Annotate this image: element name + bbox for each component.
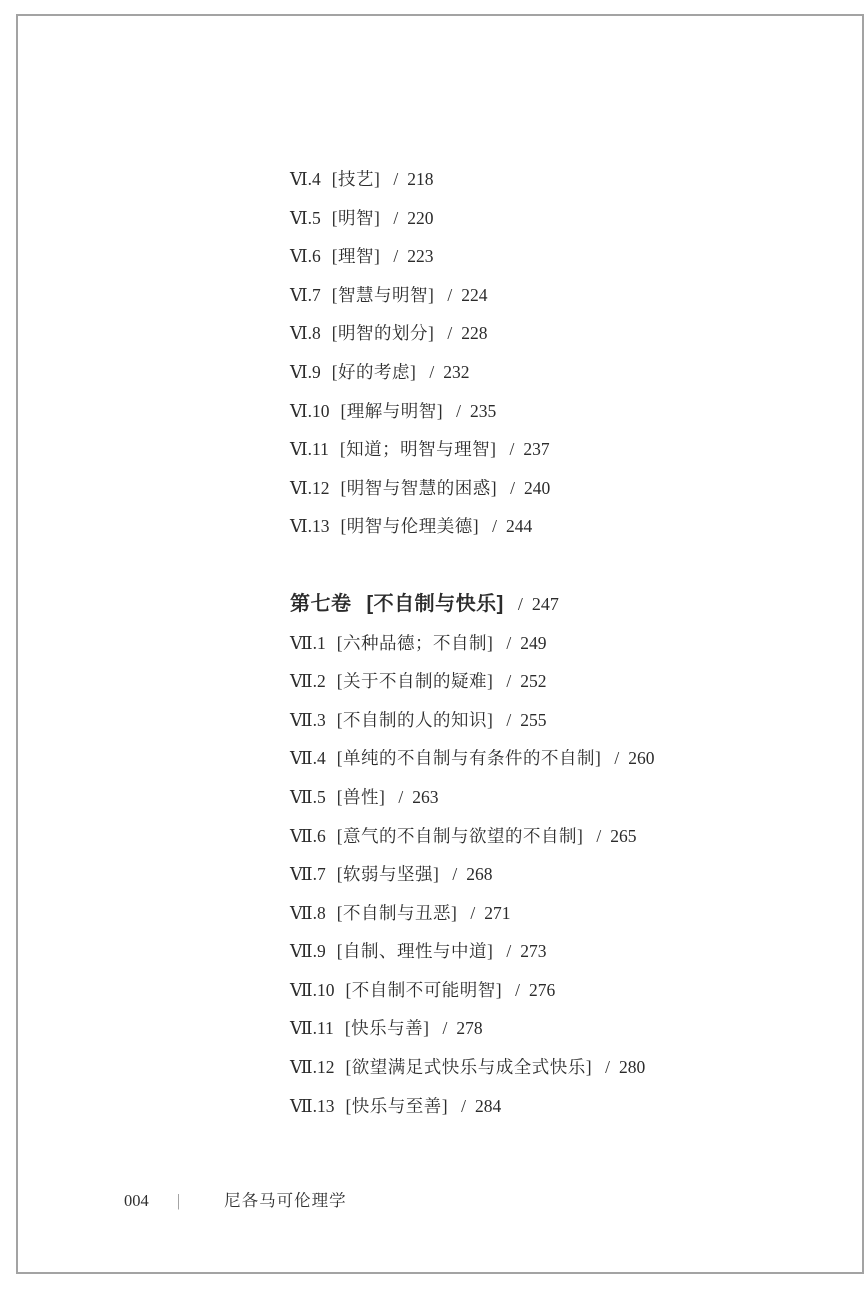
toc-entry-slash: / xyxy=(447,285,452,305)
toc-entry-number: Ⅵ.9 xyxy=(290,362,321,382)
toc-entry-number: Ⅵ.12 xyxy=(290,478,329,498)
toc-entry-title: [明智与智慧的困惑] xyxy=(340,478,497,498)
toc-entry-title: [好的考虑] xyxy=(332,362,417,382)
toc-entry: Ⅵ.7[智慧与明智]/224 xyxy=(290,276,655,315)
toc-entry-slash: / xyxy=(452,864,457,884)
toc-entry-title: [快乐与善] xyxy=(345,1018,430,1038)
toc-entry-page: 260 xyxy=(628,748,654,768)
toc-entry-page: 249 xyxy=(520,633,546,653)
toc-entry-page: 252 xyxy=(520,671,546,691)
toc-entry-title: [关于不自制的疑难] xyxy=(337,671,494,691)
toc-entry: Ⅶ.9[自制、理性与中道]/273 xyxy=(290,932,655,971)
toc-entry-title: [单纯的不自制与有条件的不自制] xyxy=(337,748,602,768)
toc-entry-number: Ⅵ.8 xyxy=(290,323,321,343)
toc-entry-title: [明智的划分] xyxy=(332,323,435,343)
toc-entry-slash: / xyxy=(470,903,475,923)
toc-entry-slash: / xyxy=(398,787,403,807)
toc-entry-title: [理解与明智] xyxy=(340,401,443,421)
toc-entry-title: [兽性] xyxy=(337,787,386,807)
toc-entry-number: Ⅶ.13 xyxy=(290,1096,334,1116)
toc-entry: Ⅵ.11[知道；明智与理智]/237 xyxy=(290,430,655,469)
toc-entry-title: [六种品德；不自制] xyxy=(337,633,494,653)
toc-entry-page: 276 xyxy=(529,980,555,1000)
toc-entry-title: [不自制与丑恶] xyxy=(337,903,458,923)
toc-entry-number: Ⅶ.6 xyxy=(290,826,326,846)
toc-entry-page: 235 xyxy=(470,401,496,421)
toc-entry-slash: / xyxy=(429,362,434,382)
volume-heading: 第七卷[不自制与快乐]/247 xyxy=(290,585,655,624)
toc-entry-title: [明智与伦理美德] xyxy=(340,516,479,536)
toc-entry-slash: / xyxy=(461,1096,466,1116)
toc-entry-page: 237 xyxy=(523,439,549,459)
toc-entry: Ⅶ.8[不自制与丑恶]/271 xyxy=(290,894,655,933)
folio-page-number: 004 xyxy=(124,1191,149,1210)
toc-entry-page: 255 xyxy=(520,710,546,730)
toc-entry: Ⅶ.1[六种品德；不自制]/249 xyxy=(290,624,655,663)
toc-entry-title: [技艺] xyxy=(332,169,381,189)
toc-entry-page: 224 xyxy=(461,285,487,305)
toc-entry-title: [智慧与明智] xyxy=(332,285,435,305)
toc-entry: Ⅶ.13[快乐与至善]/284 xyxy=(290,1087,655,1126)
toc-entry-slash: / xyxy=(506,633,511,653)
toc-entry: Ⅶ.12[欲望满足式快乐与成全式快乐]/280 xyxy=(290,1048,655,1087)
toc-entry-page: 223 xyxy=(407,246,433,266)
toc-entry-slash: / xyxy=(393,208,398,228)
toc-entry-number: Ⅵ.6 xyxy=(290,246,321,266)
toc-entry-number: Ⅶ.5 xyxy=(290,787,326,807)
toc-entry-title: [知道；明智与理智] xyxy=(340,439,497,459)
toc-entry-slash: / xyxy=(456,401,461,421)
toc-entry-slash: / xyxy=(506,710,511,730)
toc-entry: Ⅵ.13[明智与伦理美德]/244 xyxy=(290,507,655,546)
toc-entry-page: 278 xyxy=(456,1018,482,1038)
toc-entry-page: 244 xyxy=(506,516,532,536)
toc-entry-page: 273 xyxy=(520,941,546,961)
toc-entry-slash: / xyxy=(596,826,601,846)
toc-entry: Ⅵ.12[明智与智慧的困惑]/240 xyxy=(290,469,655,508)
toc-entry-title: [快乐与至善] xyxy=(345,1096,448,1116)
toc-entry-number: Ⅶ.10 xyxy=(290,980,334,1000)
toc-entry-title: [不自制不可能明智] xyxy=(345,980,502,1000)
toc-entry-page: 284 xyxy=(475,1096,501,1116)
toc-entry-page: 268 xyxy=(466,864,492,884)
toc-entry-page: 265 xyxy=(610,826,636,846)
footer-separator: | xyxy=(177,1189,179,1213)
toc-entry-slash: / xyxy=(506,671,511,691)
volume-heading-slash: / xyxy=(518,594,523,614)
book-page: { "toc": { "slash": "/", "sections": [ {… xyxy=(0,0,865,1292)
toc-entry-page: 228 xyxy=(461,323,487,343)
toc-entry: Ⅶ.10[不自制不可能明智]/276 xyxy=(290,971,655,1010)
toc-entry-title: [明智] xyxy=(332,208,381,228)
toc-entry-title: [意气的不自制与欲望的不自制] xyxy=(337,826,584,846)
toc-entry-slash: / xyxy=(515,980,520,1000)
toc-entry-number: Ⅶ.11 xyxy=(290,1018,334,1038)
toc-entry: Ⅵ.4[技艺]/218 xyxy=(290,160,655,199)
toc-entry-number: Ⅶ.8 xyxy=(290,903,326,923)
toc-entry-page: 218 xyxy=(407,169,433,189)
toc-entry-number: Ⅵ.4 xyxy=(290,169,321,189)
toc-entry-title: [软弱与坚强] xyxy=(337,864,440,884)
toc-entry-number: Ⅶ.4 xyxy=(290,748,326,768)
volume-heading-title: [不自制与快乐] xyxy=(367,593,504,615)
toc-entry-slash: / xyxy=(614,748,619,768)
volume-heading-page: 247 xyxy=(532,594,559,614)
toc-entry-slash: / xyxy=(442,1018,447,1038)
toc-entry: Ⅶ.7[软弱与坚强]/268 xyxy=(290,855,655,894)
toc-entry: Ⅶ.3[不自制的人的知识]/255 xyxy=(290,701,655,740)
toc-entry-title: [欲望满足式快乐与成全式快乐] xyxy=(345,1057,592,1077)
toc-entry-page: 263 xyxy=(412,787,438,807)
toc-entry: Ⅶ.5[兽性]/263 xyxy=(290,778,655,817)
toc-entry-slash: / xyxy=(393,169,398,189)
toc-entry-number: Ⅵ.5 xyxy=(290,208,321,228)
toc-entry-slash: / xyxy=(510,478,515,498)
toc-entry-title: [不自制的人的知识] xyxy=(337,710,494,730)
page-footer: 004|尼各马可伦理学 xyxy=(124,1189,347,1213)
toc-entry: Ⅵ.5[明智]/220 xyxy=(290,199,655,238)
toc-entry: Ⅵ.10[理解与明智]/235 xyxy=(290,392,655,431)
toc-entry: Ⅶ.6[意气的不自制与欲望的不自制]/265 xyxy=(290,817,655,856)
toc-entry-slash: / xyxy=(492,516,497,536)
toc-entry-page: 280 xyxy=(619,1057,645,1077)
toc-entry-number: Ⅶ.7 xyxy=(290,864,326,884)
toc-entry-number: Ⅶ.3 xyxy=(290,710,326,730)
toc-entry: Ⅶ.4[单纯的不自制与有条件的不自制]/260 xyxy=(290,739,655,778)
toc-entry: Ⅵ.9[好的考虑]/232 xyxy=(290,353,655,392)
toc-entry-number: Ⅵ.7 xyxy=(290,285,321,305)
toc-entry-number: Ⅵ.10 xyxy=(290,401,329,421)
toc-entry-page: 271 xyxy=(484,903,510,923)
toc-entry-slash: / xyxy=(447,323,452,343)
toc-entry: Ⅶ.2[关于不自制的疑难]/252 xyxy=(290,662,655,701)
table-of-contents: Ⅵ.4[技艺]/218 Ⅵ.5[明智]/220 Ⅵ.6[理智]/223 Ⅵ.7[… xyxy=(290,160,655,1125)
toc-entry-number: Ⅶ.1 xyxy=(290,633,326,653)
toc-entry-slash: / xyxy=(509,439,514,459)
toc-entry-page: 232 xyxy=(443,362,469,382)
toc-entry-slash: / xyxy=(506,941,511,961)
toc-entry-slash: / xyxy=(393,246,398,266)
toc-entry-number: Ⅵ.13 xyxy=(290,516,329,536)
toc-entry-number: Ⅶ.12 xyxy=(290,1057,334,1077)
toc-entry: Ⅵ.8[明智的划分]/228 xyxy=(290,314,655,353)
volume-heading-label: 第七卷 xyxy=(290,593,352,615)
footer-book-title: 尼各马可伦理学 xyxy=(224,1191,347,1210)
toc-entry-page: 220 xyxy=(407,208,433,228)
toc-entry: Ⅶ.11[快乐与善]/278 xyxy=(290,1009,655,1048)
toc-entry-title: [理智] xyxy=(332,246,381,266)
toc-entry-title: [自制、理性与中道] xyxy=(337,941,494,961)
toc-entry: Ⅵ.6[理智]/223 xyxy=(290,237,655,276)
toc-entry-number: Ⅵ.11 xyxy=(290,439,329,459)
toc-entry-slash: / xyxy=(605,1057,610,1077)
toc-entry-number: Ⅶ.9 xyxy=(290,941,326,961)
toc-entry-number: Ⅶ.2 xyxy=(290,671,326,691)
toc-entry-page: 240 xyxy=(524,478,550,498)
